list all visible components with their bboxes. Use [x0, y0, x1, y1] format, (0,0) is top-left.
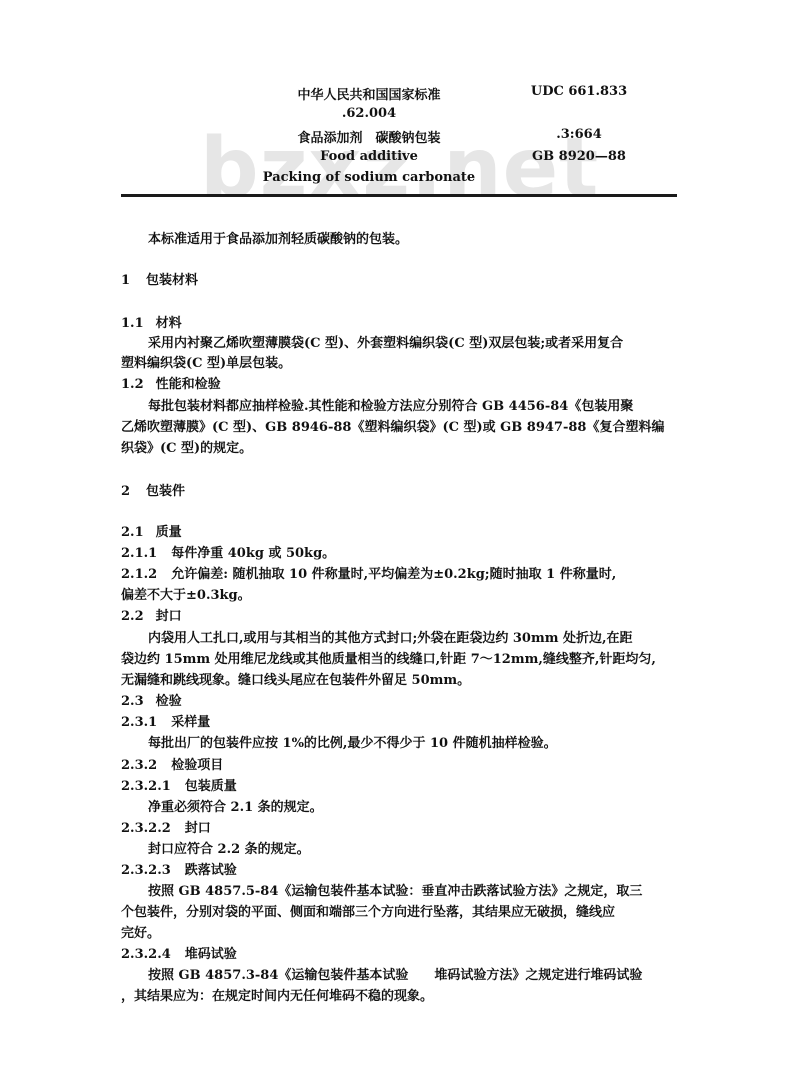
- section-title: 检验: [156, 694, 182, 709]
- section-number: 2: [121, 485, 130, 498]
- standard-title-en-1: Food additive: [219, 149, 519, 164]
- section-number: 2.3.2.4: [121, 948, 171, 961]
- section-title: 包装件: [146, 484, 185, 499]
- section-2-1-1: 2.1.1每件净重 40kg 或 50kg。: [121, 547, 335, 560]
- section-number: 2.1: [121, 526, 144, 539]
- paragraph-line: 采用内衬聚乙烯吹塑薄膜袋(C 型)、外套塑料编织袋(C 型)双层包装;或者采用复…: [148, 337, 623, 350]
- paragraph-line: 按照 GB 4857.3-84《运输包装件基本试验 堆码试验方法》之规定进行堆码…: [148, 969, 642, 982]
- udc-code: UDC 661.833: [499, 84, 659, 99]
- paragraph-line: 乙烯吹塑薄膜》(C 型)、GB 8946-88《塑料编织袋》(C 型)或 GB …: [121, 421, 664, 434]
- section-2-3-heading: 2.3检验: [121, 695, 182, 708]
- section-number: 2.3.1: [121, 716, 157, 729]
- section-title: 封口: [185, 821, 211, 836]
- gb-number: GB 8920—88: [499, 149, 659, 164]
- section-2-1-heading: 2.1质量: [121, 526, 182, 539]
- section-text: 允许偏差: 随机抽取 10 件称量时,平均偏差为±0.2kg;随时抽取 1 件称…: [171, 567, 616, 582]
- standard-org-title: 中华人民共和国国家标准: [219, 84, 519, 103]
- paragraph-line: 个包装件，分别对袋的平面、侧面和端部三个方向进行坠落，其结果应无破损，缝线应: [121, 906, 615, 919]
- section-1-2-heading: 1.2性能和检验: [121, 378, 221, 391]
- paragraph-line: 完好。: [121, 927, 160, 940]
- section-number: 2.3.2: [121, 759, 157, 772]
- section-number: 2.3: [121, 695, 144, 708]
- section-number: 2.2: [121, 610, 144, 623]
- section-title: 检验项目: [171, 758, 223, 773]
- section-title: 质量: [156, 525, 182, 540]
- section-number: 1: [121, 274, 130, 287]
- section-2-3-2-2-heading: 2.3.2.2封口: [121, 822, 211, 835]
- paragraph-line: 封口应符合 2.2 条的规定。: [148, 843, 310, 856]
- section-2-heading: 2包装件: [121, 485, 185, 498]
- intro-paragraph: 本标准适用于食品添加剂轻质碳酸钠的包装。: [148, 233, 408, 246]
- header-rule: [121, 194, 677, 197]
- paragraph-line: 织袋》(C 型)的规定。: [121, 442, 252, 455]
- paragraph-line: 内袋用人工扎口,或用与其相当的其他方式封口;外袋在距袋边约 30mm 处折边,在…: [148, 632, 633, 645]
- paragraph-line: ，其结果应为：在规定时间内无任何堆码不稳的现象。: [121, 990, 433, 1003]
- section-2-1-2: 2.1.2允许偏差: 随机抽取 10 件称量时,平均偏差为±0.2kg;随时抽取…: [121, 568, 616, 581]
- paragraph-line: 按照 GB 4857.5-84《运输包装件基本试验：垂直冲击跌落试验方法》之规定…: [148, 885, 642, 898]
- section-number: 2.3.2.3: [121, 864, 171, 877]
- section-title: 包装质量: [185, 779, 237, 794]
- paragraph-line: 袋边约 15mm 处用维尼龙线或其他质量相当的线缝口,针距 7～12mm,缝线整…: [121, 653, 656, 666]
- section-title: 性能和检验: [156, 377, 221, 392]
- section-number: 2.3.2.2: [121, 822, 171, 835]
- paragraph-line: 每批出厂的包装件应按 1%的比例,最少不得少于 10 件随机抽样检验。: [148, 737, 557, 750]
- section-number: 2.1.2: [121, 568, 157, 581]
- section-title: 采样量: [171, 715, 210, 730]
- section-number: 1.1: [121, 317, 144, 330]
- standard-title-zh: 食品添加剂 碳酸钠包装: [219, 127, 519, 146]
- section-2-3-2-3-heading: 2.3.2.3跌落试验: [121, 864, 237, 877]
- udc-code-cont: .3:664: [499, 127, 659, 142]
- section-number: 2.3.2.1: [121, 780, 171, 793]
- section-number: 1.2: [121, 378, 144, 391]
- section-1-heading: 1包装材料: [121, 274, 198, 287]
- section-2-3-2-heading: 2.3.2检验项目: [121, 759, 223, 772]
- section-1-1-heading: 1.1材料: [121, 317, 182, 330]
- section-title: 跌落试验: [185, 863, 237, 878]
- standard-title-en-2: Packing of sodium carbonate: [219, 170, 519, 185]
- section-title: 包装材料: [146, 273, 198, 288]
- paragraph-line: 每批包装材料都应抽样检验.其性能和检验方法应分别符合 GB 4456-84《包装…: [148, 400, 633, 413]
- paragraph-line: 塑料编织袋(C 型)单层包装。: [121, 357, 291, 370]
- paragraph-line: 无漏缝和跳线现象。缝口线头尾应在包装件外留足 50mm。: [121, 674, 470, 687]
- paragraph-line: 偏差不大于±0.3kg。: [121, 589, 251, 602]
- section-number: 2.1.1: [121, 547, 157, 560]
- section-2-2-heading: 2.2封口: [121, 610, 182, 623]
- section-title: 封口: [156, 609, 182, 624]
- section-text: 每件净重 40kg 或 50kg。: [171, 546, 335, 561]
- section-2-3-2-1-heading: 2.3.2.1包装质量: [121, 780, 237, 793]
- section-title: 材料: [156, 316, 182, 331]
- section-2-3-1-heading: 2.3.1采样量: [121, 716, 210, 729]
- section-2-3-2-4-heading: 2.3.2.4堆码试验: [121, 948, 237, 961]
- udc-continuation: .62.004: [219, 106, 519, 121]
- paragraph-line: 净重必须符合 2.1 条的规定。: [148, 801, 323, 814]
- section-title: 堆码试验: [185, 947, 237, 962]
